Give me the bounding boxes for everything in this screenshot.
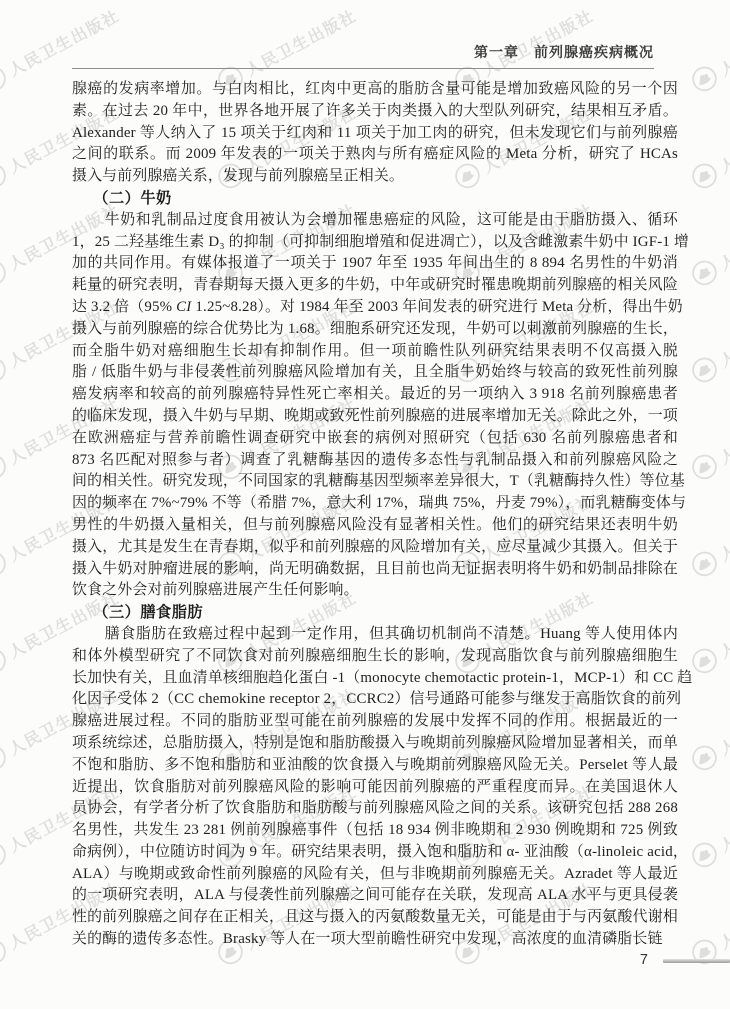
text-line: 名男性，共发生 23 281 例前列腺癌事件（包括 18 934 例非晚期和 2… <box>72 820 678 842</box>
text-line: 和体外模型研究了不同饮食对前列腺癌细胞生长的影响，发现高脂饮食与前列腺癌细胞生 <box>72 646 678 668</box>
text-line: 脂 / 低脂牛奶与非侵袭性前列腺癌风险增加有关，且全脂牛奶始终与较高的致死性前列… <box>72 362 678 384</box>
text-line: 命病例），中位随访时间为 9 年。研究结果表明，摄入饱和脂肪和 α- 亚油酸（α… <box>72 842 678 864</box>
publisher-logo-icon <box>0 158 11 193</box>
publisher-logo-icon <box>0 546 11 581</box>
text-line: 项系统综述，总脂肪摄入，特别是饱和脂肪酸摄入与晚期前列腺癌风险增加显著相关，而单 <box>72 733 678 755</box>
publisher-logo-icon <box>687 546 722 581</box>
text-line: 牛奶和乳制品过度食用被认为会增加罹患癌症的风险，这可能是由于脂肪摄入、循环 <box>72 210 678 232</box>
text-line: 在欧洲癌症与营养前瞻性调查研究中嵌套的病例对照研究（包括 630 名前列腺癌患者… <box>72 428 678 450</box>
text-line: 化因子受体 2（CC chemokine receptor 2，CCRC2）信号… <box>72 689 678 711</box>
text-line: 加的共同作用。有媒体报道了一项关于 1907 年至 1935 年间出生的 8 8… <box>72 253 678 275</box>
text-line: 素。在过去 20 年中，世界各地开展了许多关于肉类摄入的大型队列研究，结果相互矛… <box>72 101 678 123</box>
text-line: 873 名匹配对照参与者）调查了乳糖酶基因的遗传多态性与乳制品摄入和前列腺癌风险… <box>72 450 678 472</box>
text-line: 腺癌进展过程。不同的脂肪亚型可能在前列腺癌的发展中发挥不同的作用。根据最近的一 <box>72 711 678 733</box>
text-line: 关的酶的遗传多态性。Brasky 等人在一项大型前瞻性研究中发现，高浓度的血清磷… <box>72 929 678 951</box>
publisher-watermark-text: 人民卫生出版社 <box>715 197 730 275</box>
publisher-watermark-text: 人民卫生出版社 <box>715 488 730 566</box>
publisher-watermark-text: 人民卫生出版社 <box>715 682 730 760</box>
text-line: 的临床发现，摄入牛奶与早期、晚期或致死性前列腺癌的进展率增加无关。除此之外，一项 <box>72 406 678 428</box>
page-header: 第一章 前列腺癌疾病概况 <box>72 42 654 69</box>
text-line: 间的相关性。研究发现，不同国家的乳糖酶基因型频率差异很大，T（乳糖酶持久性）等位… <box>72 471 678 493</box>
text-line: 摄入，尤其是发生在青春期，似乎和前列腺癌的风险增加有关，应尽量减少其摄入。但关于 <box>72 537 678 559</box>
section-heading: （三）膳食脂肪 <box>72 602 678 624</box>
text-line: 长加快有关，且血清单核细胞趋化蛋白 -1（monocyte chemotacti… <box>72 668 678 690</box>
text-line: 摄入牛奶对肿瘤进展的影响，尚无明确数据，且目前也尚无证据表明将牛奶和奶制品排除在 <box>72 559 678 581</box>
publisher-logo-icon <box>687 61 722 96</box>
publisher-logo-icon <box>687 740 722 775</box>
publisher-logo-icon <box>687 158 722 193</box>
publisher-watermark-text: 人民卫生出版社 <box>715 391 730 469</box>
text-line: 摄入与前列腺癌关系，发现与前列腺癌呈正相关。 <box>72 166 678 188</box>
text-line: Alexander 等人纳入了 15 项关于红肉和 11 项关于加工肉的研究，但… <box>72 123 678 145</box>
page-footer: 7 <box>0 949 730 979</box>
page-number: 7 <box>628 952 648 968</box>
text-line: 之间的联系。而 2009 年发表的一项关于熟肉与所有癌症风险的 Meta 分析，… <box>72 144 678 166</box>
text-line: 耗量的研究表明，青春期每天摄入更多的牛奶，中年或研究时罹患晚期前列腺癌的相关风险 <box>72 275 678 297</box>
publisher-watermark-text: 人民卫生出版社 <box>715 585 730 663</box>
publisher-watermark-text: 人民卫生出版社 <box>715 779 730 857</box>
publisher-logo-icon <box>687 449 722 484</box>
chapter-title: 第一章 前列腺癌疾病概况 <box>474 44 654 60</box>
publisher-watermark: 人民卫生出版社 <box>687 292 730 387</box>
text-line: 不饱和脂肪、多不饱和脂肪和亚油酸的饮食摄入与晚期前列腺癌风险无关。Persele… <box>72 755 678 777</box>
publisher-watermark: 人民卫生出版社 <box>687 1 730 96</box>
publisher-logo-icon <box>687 352 722 387</box>
text-line: 腺癌的发病率增加。与白肉相比，红肉中更高的脂肪含量可能是增加致癌风险的另一个因 <box>72 79 678 101</box>
publisher-logo-icon <box>0 740 11 775</box>
publisher-watermark-text: 人民卫生出版社 <box>715 876 730 954</box>
text-line: 膳食脂肪在致癌过程中起到一定作用，但其确切机制尚不清楚。Huang 等人使用体内 <box>72 624 678 646</box>
book-page: 人民卫生出版社人民卫生出版社人民卫生出版社人民卫生出版社人民卫生出版社人民卫生出… <box>0 0 730 1009</box>
publisher-watermark-text: 人民卫生出版社 <box>715 100 730 178</box>
publisher-watermark-text: 人民卫生出版社 <box>715 3 730 81</box>
text-line: 男性的牛奶摄入量相关，但与前列腺癌风险没有显著相关性。他们的研究结果还表明牛奶 <box>72 515 678 537</box>
text-line: 员协会，有学者分析了饮食脂肪和脂肪酸与前列腺癌风险之间的关系。该研究包括 288… <box>72 798 678 820</box>
text-line: 近提出，饮食脂肪对前列腺癌风险的影响可能因前列腺癌的严重程度而异。在美国退休人 <box>72 777 678 799</box>
text-line: 1，25 二羟基维生素 D₃ 的抑制（可抑制细胞增殖和促进凋亡），以及含雌激素牛… <box>72 232 678 254</box>
publisher-logo-icon <box>0 61 11 96</box>
text-line: ALA）与晚期或致命性前列腺癌的风险有关，但与非晚期前列腺癌无关。Azradet… <box>72 864 678 886</box>
publisher-watermark: 人民卫生出版社 <box>687 98 730 193</box>
publisher-logo-icon <box>687 837 722 872</box>
text-line: 饮食之外会对前列腺癌进展产生任何影响。 <box>72 580 678 602</box>
publisher-watermark: 人民卫生出版社 <box>687 195 730 290</box>
text-line: 性的前列腺癌之间存在正相关，且这与摄入的丙氨酸数量无关，可能是由于与丙氨酸代谢相 <box>72 907 678 929</box>
publisher-logo-icon <box>0 643 11 678</box>
publisher-watermark: 人民卫生出版社 <box>687 777 730 872</box>
text-line: 而全脂牛奶对癌细胞生长却有抑制作用。但一项前瞻性队列研究结果表明不仅高摄入脱 <box>72 341 678 363</box>
text-line: 癌发病率和较高的前列腺癌特异性死亡率相关。最近的另一项纳入 3 918 名前列腺… <box>72 384 678 406</box>
publisher-logo-icon <box>0 352 11 387</box>
footer-rule <box>663 959 730 963</box>
publisher-logo-icon <box>687 255 722 290</box>
body-text: 腺癌的发病率增加。与白肉相比，红肉中更高的脂肪含量可能是增加致癌风险的另一个因素… <box>72 79 678 951</box>
publisher-watermark: 人民卫生出版社 <box>687 583 730 678</box>
text-line: 达 3.2 倍（95% CI 1.25~8.28）。对 1984 年至 2003… <box>72 297 678 319</box>
publisher-watermark: 人民卫生出版社 <box>687 389 730 484</box>
publisher-logo-icon <box>0 837 11 872</box>
publisher-watermark-text: 人民卫生出版社 <box>715 294 730 372</box>
section-heading: （二）牛奶 <box>72 188 678 210</box>
text-line: 的一项研究表明，ALA 与侵袭性前列腺癌之间可能存在关联，发现高 ALA 水平与… <box>72 885 678 907</box>
publisher-logo-icon <box>0 255 11 290</box>
text-line: 因的频率在 7%~79% 不等（希腊 7%，意大利 17%，瑞典 75%，丹麦 … <box>72 493 678 515</box>
publisher-watermark: 人民卫生出版社 <box>687 486 730 581</box>
text-line: 摄入与前列腺癌的综合优势比为 1.68。细胞系研究还发现，牛奶可以刺激前列腺癌的… <box>72 319 678 341</box>
publisher-logo-icon <box>0 449 11 484</box>
publisher-logo-icon <box>687 643 722 678</box>
publisher-watermark: 人民卫生出版社 <box>687 680 730 775</box>
